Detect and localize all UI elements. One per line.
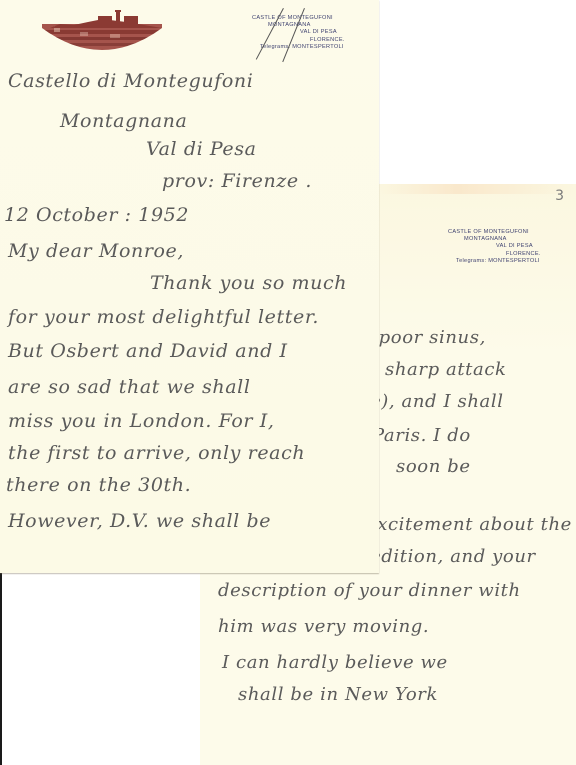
letterhead-line: VAL DI PESA: [496, 243, 576, 250]
paper-stain: [378, 184, 576, 194]
letterhead-line: MONTAGNANA: [268, 22, 384, 29]
emphasis-underline: shall: [230, 510, 278, 532]
handwriting-fragment: - sharp attack: [372, 359, 507, 380]
letterhead-line: CASTLE OF MONTEGUFONI: [252, 15, 368, 22]
handwriting-line: are so sad that we shall: [8, 376, 251, 398]
handwriting-fragment: , poor sinus,: [366, 327, 486, 348]
letterhead-line: FLORENCE.: [506, 251, 576, 258]
letterhead-line: Telegrams: MONTESPERTOLI: [456, 258, 572, 265]
letter-page-one: CASTLE OF MONTEGUFONI MONTAGNANA VAL DI …: [0, 0, 379, 573]
letter-date: 12 October : 1952: [4, 204, 189, 226]
letterhead-line: Telegrams: MONTESPERTOLI: [260, 44, 376, 51]
address-line: Montagnana: [60, 110, 187, 132]
handwriting-line: there on the 30th.: [6, 474, 191, 496]
handwriting-line: for your most delightful letter.: [8, 306, 319, 328]
salutation: My dear Monroe,: [8, 240, 184, 262]
handwriting-fragment: soon be: [396, 456, 471, 477]
letterhead-address: CASTLE OF MONTEGUFONI MONTAGNANA VAL DI …: [448, 229, 564, 265]
address-line: Val di Pesa: [146, 138, 257, 160]
page-number: 3: [555, 188, 564, 204]
letterhead-line: VAL DI PESA: [300, 29, 416, 36]
address-line: prov: Firenze .: [162, 170, 312, 192]
handwriting-fragment: Paris. I do: [372, 425, 471, 446]
address-line: Castello di Montegufoni: [8, 70, 253, 92]
handwriting-line: him was very moving.: [218, 616, 429, 637]
castle-vignette-icon: [40, 10, 164, 56]
handwriting-line: miss you in London. For I,: [8, 410, 275, 432]
handwriting-line: shall be in New York: [238, 684, 438, 705]
letterhead-line: FLORENCE.: [310, 37, 426, 44]
handwriting-line: the first to arrive, only reach: [8, 442, 305, 464]
letterhead-line: CASTLE OF MONTEGUFONI: [448, 229, 564, 236]
handwriting-line: description of your dinner with: [218, 580, 521, 601]
handwriting-fragment: e), and I shall: [370, 391, 504, 412]
handwriting-fragment: excitement about the: [366, 514, 572, 535]
handwriting-line: But Osbert and David and I: [8, 340, 288, 362]
handwriting-line: Thank you so much: [150, 272, 347, 294]
letterhead-line: MONTAGNANA: [464, 236, 576, 243]
handwriting-line: I can hardly believe we: [222, 652, 448, 673]
handwriting-fragment: edition, and your: [370, 546, 536, 567]
